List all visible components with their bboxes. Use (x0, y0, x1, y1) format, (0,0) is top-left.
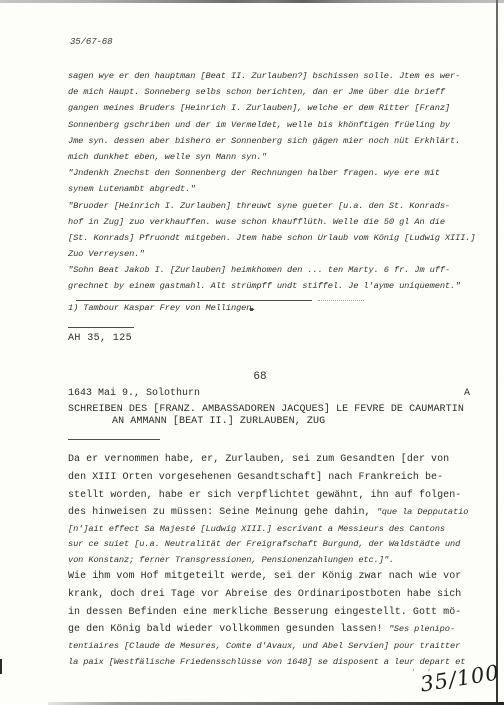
text-line: mich dunkhet eben, welle syn Mann syn." (68, 147, 488, 163)
text-line: Sonnenberg gschriben und der im Vermelde… (68, 115, 488, 131)
footnote-separator-faint (318, 300, 364, 301)
body-text: Da er vernommen habe, er, Zurlauben, sei… (68, 449, 488, 668)
text-line: "Jndenkh Znechst den Sonnenberg der Rech… (68, 163, 488, 179)
text-line: synem Lutenambt abgredt." (68, 179, 488, 195)
text-line: [n']ait effect Sa Majesté [Ludwig XIII.]… (68, 520, 488, 535)
text-line: hof in Zug] zuo verkhauffen. wuse schon … (68, 212, 488, 228)
date-place-row: 1643 Mai 9., Solothurn A (68, 388, 470, 399)
text-line: den XIII Orten vorgesehenen Gesandtschaf… (68, 467, 488, 485)
footnote-separator (76, 300, 312, 301)
text-line: "Bruoder [Heinrich I. Zurlauben] threuwt… (68, 196, 488, 212)
scan-edge-right (496, 0, 498, 705)
scan-edge-left-mark (0, 659, 2, 674)
text-line: Zuo Verreysen." (68, 244, 488, 260)
text-line: de mich Haupt. Sonneberg selbs schon ber… (68, 82, 488, 98)
text-line: la paix [Westfälische Friedensschlüsse v… (68, 653, 488, 668)
text-line: von Konstanz; ferner Transgressionen, Pe… (68, 551, 488, 566)
text-line: in dessen Befinden eine merkliche Besser… (68, 602, 488, 620)
document-letter: A (464, 388, 470, 399)
text-line: Jme syn. dessen aber bishero er Sonnenbe… (68, 131, 488, 147)
body-separator (68, 439, 160, 440)
text-line: tentiaires [Claude de Mesures, Comte d'A… (68, 637, 488, 652)
document-title-line1: SCHREIBEN DES [FRANZ. AMBASSADOREN JACQU… (68, 404, 464, 415)
quotation-block: sagen wye er den hauptman [Beat II. Zurl… (68, 66, 488, 293)
date-place: 1643 Mai 9., Solothurn (68, 388, 200, 399)
source-reference: AH 35, 125 (68, 333, 132, 344)
text-line: "Sohn Beat Jakob I. [Zurlauben] heimkhom… (68, 260, 488, 276)
text-line: gangen meines Bruders [Heinrich I. Zurla… (68, 98, 488, 114)
scan-edge-top (0, 0, 504, 3)
text-line: Da er vernommen habe, er, Zurlauben, sei… (68, 449, 488, 467)
text-line: stellt worden, habe er sich verpflichtet… (68, 485, 488, 503)
archive-reference: 35/67-68 (70, 37, 112, 47)
text-line: sagen wye er den hauptman [Beat II. Zurl… (68, 66, 488, 82)
document-number: 68 (40, 371, 480, 383)
source-separator (68, 327, 134, 328)
text-line: [St. Konrads] Pfruondt mitgeben. Jtem ha… (68, 228, 488, 244)
scanned-document-page: { "meta": { "archive_ref": "35/67-68", "… (0, 0, 504, 705)
text-line: grechnet by einem gastmahl. Alt strümpff… (68, 276, 488, 292)
text-line: ge den König bald wieder vollkommen gesu… (68, 619, 488, 637)
text-line: sur ce suiet [u.a. Neutralität der Freig… (68, 535, 488, 550)
text-line: Wie ihm vom Hof mitgeteilt werde, sei de… (68, 566, 488, 584)
document-title-line2: AN AMMANN [BEAT II.] ZURLAUBEN, ZUG (112, 416, 325, 427)
text-line: krank, doch drei Tage vor Abreise des Or… (68, 584, 488, 602)
footnote: 1) Tambour Kaspar Frey von Mellingen. (68, 303, 256, 313)
text-line: des hinweisen zu müssen: Seine Meinung g… (68, 502, 488, 520)
